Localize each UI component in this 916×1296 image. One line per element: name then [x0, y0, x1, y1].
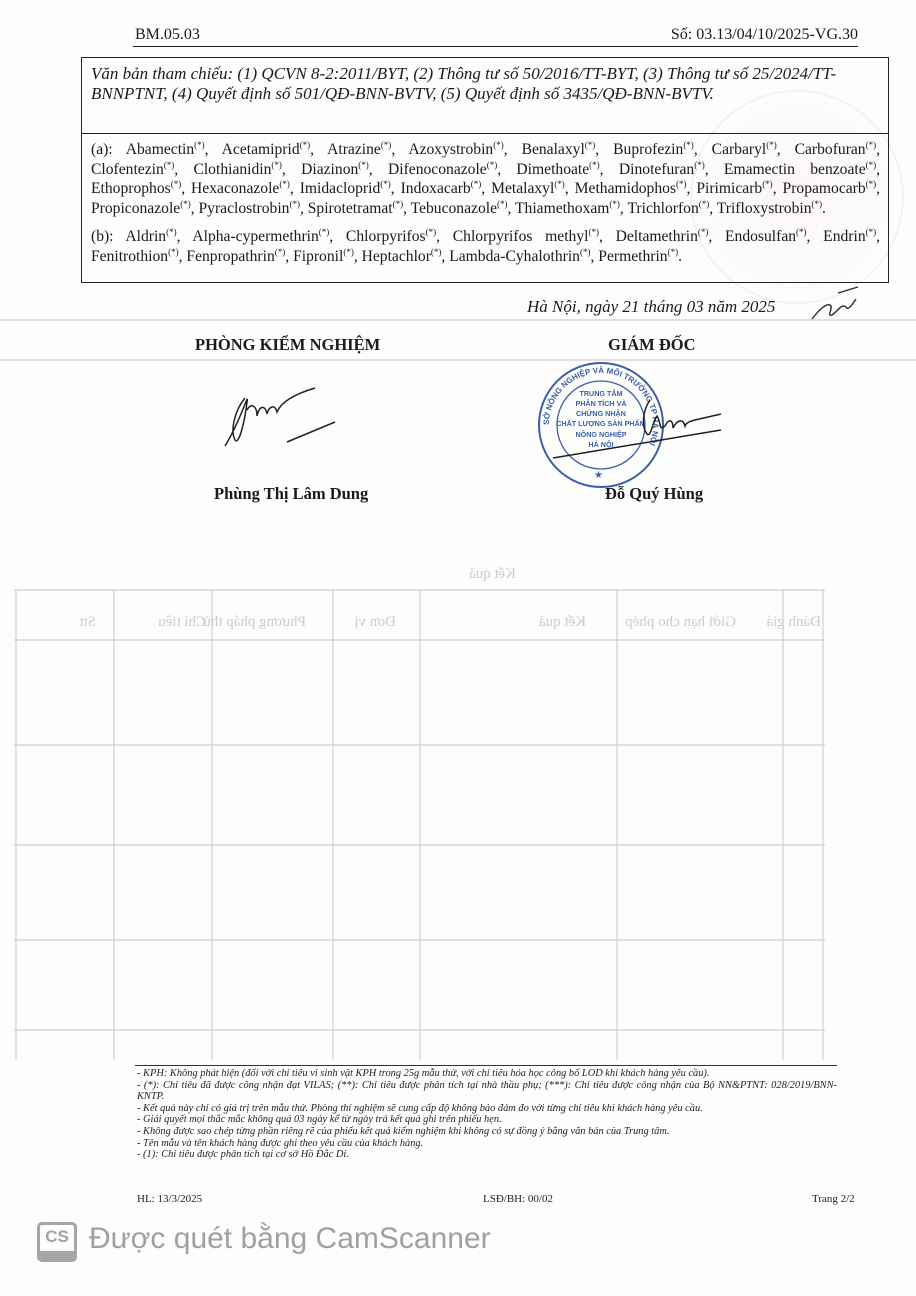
pesticide-item: Alpha-cypermethrin(*)	[192, 228, 329, 245]
pesticide-item: Chlorpyrifos(*)	[346, 228, 436, 245]
pesticide-item: Pirimicarb(*)	[696, 180, 772, 197]
lab-department-title: PHÒNG KIỂM NGHIỆM	[195, 335, 380, 355]
pesticide-item: Aldrin(*)	[125, 228, 176, 245]
svg-text:Stt: Stt	[78, 614, 96, 630]
initials-signature	[808, 285, 860, 325]
pesticide-item: Clothianidin(*)	[193, 161, 281, 178]
svg-text:Đơn vị: Đơn vị	[354, 614, 396, 630]
footer-revision: LSĐ/BH: 00/02	[483, 1193, 553, 1205]
note-item: - (1): Chỉ tiêu được phân tích tại cơ sở…	[137, 1149, 837, 1161]
pesticide-item: Imidacloprid(*)	[300, 180, 391, 197]
pesticide-item: Dinotefuran(*)	[619, 161, 705, 178]
pesticide-item: Acetamiprid(*)	[222, 141, 310, 158]
director-title: GIÁM ĐỐC	[608, 335, 696, 355]
reference-box: Văn bản tham chiếu: (1) QCVN 8-2:2011/BY…	[81, 57, 889, 283]
svg-text:Đánh giá: Đánh giá	[766, 614, 821, 630]
date-line: Hà Nội, ngày 21 tháng 03 năm 2025	[527, 297, 775, 317]
pesticide-group-b: (b): Aldrin(*), Alpha-cypermethrin(*), C…	[82, 222, 888, 270]
pesticide-item: Fenpropathrin(*)	[186, 248, 285, 265]
note-item: - Tên mẫu và tên khách hàng được ghi the…	[137, 1138, 837, 1150]
header-divider	[133, 46, 858, 47]
pesticide-item: Dimethoate(*)	[516, 161, 599, 178]
pesticide-item: Fipronil(*)	[293, 248, 354, 265]
pesticide-item: Buprofezin(*)	[613, 141, 694, 158]
svg-text:Kết quả: Kết quả	[539, 614, 586, 630]
notes-divider	[135, 1065, 837, 1066]
pesticide-item: Abamectin(*)	[126, 141, 205, 158]
pesticide-item: Trifloxystrobin(*)	[717, 200, 822, 217]
svg-text:Chỉ tiêu: Chỉ tiêu	[158, 614, 206, 630]
notes-section: - KPH: Không phát hiện (đối với chỉ tiêu…	[137, 1068, 837, 1161]
pesticide-item: Metalaxyl(*)	[491, 180, 565, 197]
footer-page-number: Trang 2/2	[812, 1193, 855, 1205]
director-name: Đỗ Quý Hùng	[605, 484, 703, 504]
svg-text:Phương pháp thử: Phương pháp thử	[202, 614, 306, 630]
pesticide-item: Pyraclostrobin(*)	[199, 200, 300, 217]
note-item: - (*): Chỉ tiêu đã được công nhận đạt VI…	[137, 1080, 837, 1103]
svg-text:Kết quả: Kết quả	[469, 566, 516, 582]
pesticide-item: Hexaconazole(*)	[191, 180, 290, 197]
note-item: - Kết quả này chỉ có giá trị trên mẫu th…	[137, 1103, 837, 1115]
svg-text:Giới hạn cho phép: Giới hạn cho phép	[625, 614, 736, 630]
pesticide-item: Thiamethoxam(*)	[515, 200, 620, 217]
pesticide-item: Benalaxyl(*)	[522, 141, 596, 158]
pesticide-item: Trichlorfon(*)	[627, 200, 709, 217]
pesticide-item: Emamectin benzoate(*)	[724, 161, 876, 178]
pesticide-item: Deltamethrin(*)	[616, 228, 709, 245]
pesticide-item: Fenitrothion(*)	[91, 248, 179, 265]
note-item: - KPH: Không phát hiện (đối với chỉ tiêu…	[137, 1068, 837, 1080]
camscanner-watermark: Được quét bằng CamScanner	[89, 1222, 491, 1256]
reference-documents: Văn bản tham chiếu: (1) QCVN 8-2:2011/BY…	[82, 58, 888, 134]
document-number: Số: 03.13/04/10/2025-VG.30	[671, 26, 858, 44]
pesticide-item: Carbaryl(*)	[712, 141, 777, 158]
note-item: - Giải quyết mọi thắc mắc không quá 03 n…	[137, 1114, 837, 1126]
pesticide-item: Lambda-Cyhalothrin(*)	[449, 248, 590, 265]
pesticide-group-a: (a): Abamectin(*), Acetamiprid(*), Atraz…	[82, 134, 888, 222]
pesticide-item: Carbofuran(*)	[795, 141, 877, 158]
pesticide-item: Atrazine(*)	[327, 141, 391, 158]
pesticide-item: Methamidophos(*)	[575, 180, 687, 197]
pesticide-item: Ethoprophos(*)	[91, 180, 181, 197]
pesticide-item: Endrin(*)	[823, 228, 876, 245]
pesticide-item: Clofentezin(*)	[91, 161, 174, 178]
footer-issue-date: HL: 13/3/2025	[137, 1193, 202, 1205]
pesticide-item: Chlorpyrifos methyl(*)	[453, 228, 599, 245]
director-signature	[545, 390, 725, 460]
pesticide-item: Spirotetramat(*)	[308, 200, 403, 217]
pesticide-item: Propiconazole(*)	[91, 200, 191, 217]
lab-signature	[215, 380, 365, 460]
pesticide-item: Difenoconazole(*)	[388, 161, 497, 178]
lab-signer-name: Phùng Thị Lâm Dung	[214, 484, 368, 504]
pesticide-item: Heptachlor(*)	[362, 248, 442, 265]
pesticide-item: Tebuconazole(*)	[411, 200, 508, 217]
pesticide-item: Endosulfan(*)	[725, 228, 807, 245]
svg-text:★: ★	[594, 470, 603, 481]
pesticide-item: Azoxystrobin(*)	[408, 141, 503, 158]
note-item: - Không được sao chép từng phần riêng rẽ…	[137, 1126, 837, 1138]
camscanner-logo-icon: CS	[37, 1222, 77, 1262]
form-code: BM.05.03	[135, 26, 200, 44]
pesticide-item: Propamocarb(*)	[783, 180, 877, 197]
pesticide-item: Diazinon(*)	[301, 161, 369, 178]
pesticide-item: Permethrin(*)	[598, 248, 678, 265]
pesticide-item: Indoxacarb(*)	[401, 180, 482, 197]
